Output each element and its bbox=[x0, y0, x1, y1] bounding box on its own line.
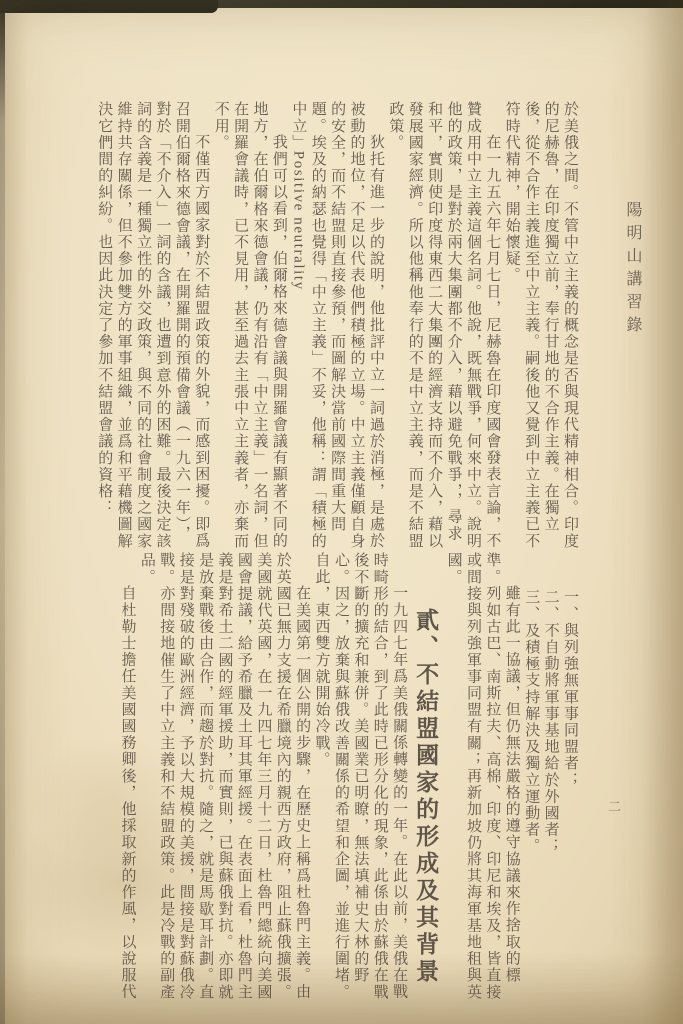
paragraph: 在一九五六年七月七日，尼赫魯在印度國會發表言論，不贊成用中立主義這個名詞。他說，… bbox=[385, 101, 501, 551]
paragraph: 一九四七年爲美俄關係轉變的一年。在此以前，美俄在戰時畸形的結合，到了此時已形分化… bbox=[311, 552, 408, 1004]
paragraph: 不僅西方國家對於不結盟政策的外貌，而感到困擾。即爲召開伯爾格來德會議，在開羅開的… bbox=[94, 101, 210, 551]
running-title: 陽明山講習錄 bbox=[621, 201, 644, 339]
paragraph-continuation: 於美俄之間。不管中立主義的概念是否與現代精神相合。印度的尼赫魯，在印度獨立前，奉… bbox=[501, 101, 579, 551]
paragraph: 在美國第一個公開的步驟，在歷史上稱爲杜魯門主義。由於英國已無力支援在希臘境內的親… bbox=[136, 552, 311, 1004]
section-heading: 貳、不結盟國家的形成及其背景 bbox=[408, 552, 443, 1004]
paragraph: 我們可以看到，伯爾格來德會議與開羅會議有顯著不同的地方，在伯爾格來德會議，仍有沿… bbox=[210, 101, 288, 551]
page-left-edge bbox=[0, 0, 5, 1024]
paragraph: 狄托有進一步的說明，他批評中立一詞過於消極，是處於被動的地位，不足以代表他們積極… bbox=[288, 101, 385, 551]
page-top-left-edge bbox=[0, 0, 218, 13]
numbered-list-item: 二、不自動將軍事基地給於外國者； bbox=[540, 552, 559, 1004]
lower-text-block: 一、與列強無軍事同盟者； 二、不自動將軍事基地給於外國者； 三、及積極支持解決及… bbox=[95, 552, 579, 1004]
page-number: 二 bbox=[608, 796, 621, 815]
paragraph: 雖有此一協議，但仍無法嚴格的遵守協議來作捨取的標準。列如古巴、南斯拉夫、高棉、印… bbox=[443, 552, 521, 1004]
upper-text-block: 於美俄之間。不管中立主義的概念是否與現代精神相合。印度的尼赫魯，在印度獨立前，奉… bbox=[95, 101, 579, 551]
paragraph: 自杜勒士擔任美國國務卿後，他採取新的作風，以說服代 bbox=[117, 552, 136, 1004]
scanned-page: 陽明山講習錄 二 於美俄之間。不管中立主義的概念是否與現代精神相合。印度的尼赫魯… bbox=[0, 0, 683, 1024]
numbered-list-item: 一、與列強無軍事同盟者； bbox=[560, 552, 579, 1004]
numbered-list-item: 三、及積極支持解決及獨立運動者。 bbox=[521, 552, 540, 1004]
